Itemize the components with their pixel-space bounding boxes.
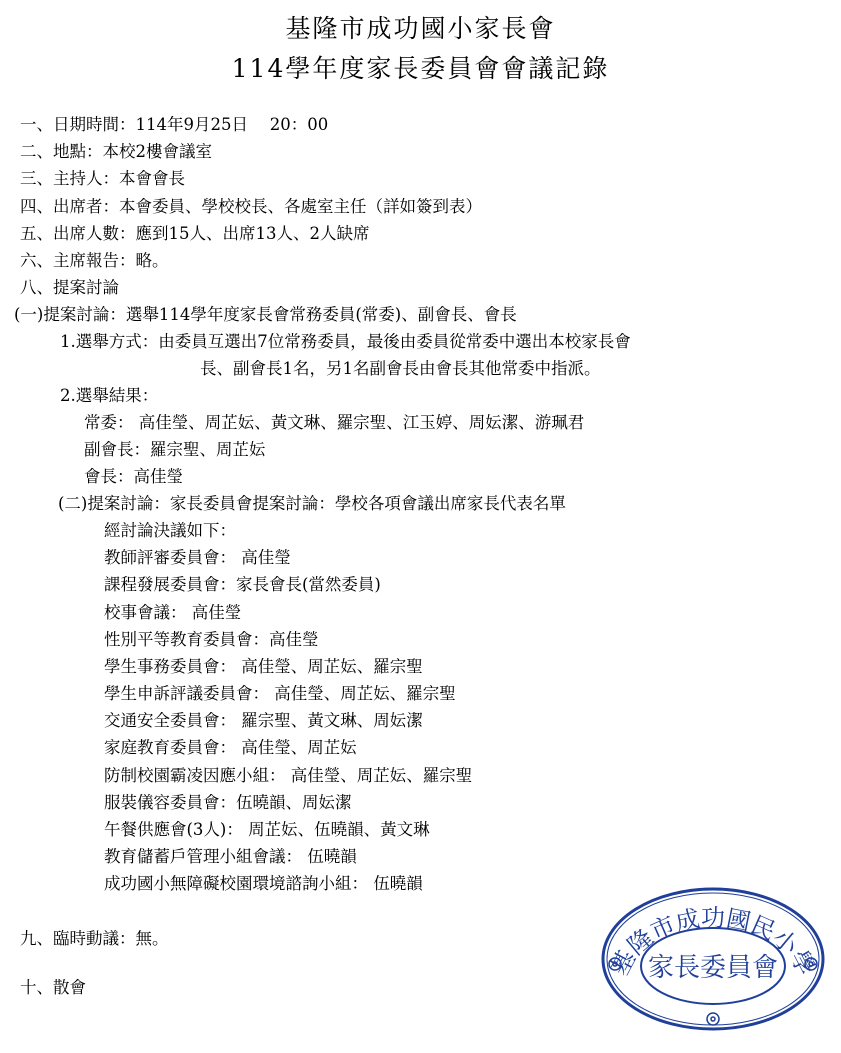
proposal2-heading: (二)提案討論：家長委員會提案討論：學校各項會議出席家長代表名單: [58, 494, 566, 514]
committee-item: 課程發展委員會：家長會長(當然委員): [104, 575, 381, 595]
item-location: 二、地點：本校2樓會議室: [20, 142, 212, 162]
page-title-line2: 114學年度家長委員會會議記錄: [0, 54, 841, 84]
item-chair-report: 六、主席報告：略。: [20, 251, 169, 271]
association-seal: 基隆市成功國民小學 家長委員會: [598, 884, 828, 1034]
item-extempore-motions: 九、臨時動議：無。: [20, 929, 169, 949]
item-host: 三、主持人：本會會長: [20, 169, 185, 189]
committee-item: 學生申訴評議委員會： 高佳瑩、周芷妘、羅宗聖: [104, 684, 456, 704]
committee-item: 教育儲蓄戶管理小組會議： 伍曉韻: [104, 847, 357, 867]
proposal1-results-heading: 2.選舉結果：: [60, 386, 158, 406]
proposal1-heading: (一)提案討論：選舉114學年度家長會常務委員(常委)、副會長、會長: [14, 305, 517, 325]
committee-item: 防制校園霸凌因應小組： 高佳瑩、周芷妘、羅宗聖: [104, 766, 472, 786]
committee-item: 性別平等教育委員會：高佳瑩: [104, 630, 319, 650]
proposal1-vice-presidents: 副會長：羅宗聖、周芷妘: [84, 440, 266, 460]
committee-item: 學生事務委員會： 高佳瑩、周芷妘、羅宗聖: [104, 657, 423, 677]
committee-item: 校事會議： 高佳瑩: [104, 603, 241, 623]
proposal1-president: 會長：高佳瑩: [84, 467, 183, 487]
item-proposals: 八、提案討論: [20, 278, 119, 298]
item-adjournment: 十、散會: [20, 978, 86, 998]
proposal2-resolution-intro: 經討論決議如下：: [104, 521, 236, 541]
committee-item: 成功國小無障礙校園環境諮詢小組： 伍曉韻: [104, 874, 423, 894]
committee-item: 服裝儀容委員會：伍曉韻、周妘潔: [104, 793, 352, 813]
proposal1-standing-members: 常委： 高佳瑩、周芷妘、黃文琳、羅宗聖、江玉婷、周妘潔、游珮君: [84, 413, 584, 433]
proposal1-method-line2: 長、副會長1名，另1名副會長由會長其他常委中指派。: [200, 359, 601, 379]
proposal1-method-line1: 1.選舉方式：由委員互選出7位常務委員，最後由委員從常委中選出本校家長會: [60, 332, 631, 352]
committee-item: 家庭教育委員會： 高佳瑩、周芷妘: [104, 738, 357, 758]
item-date-time: 一、日期時間：114年9月25日 20：00: [20, 115, 328, 135]
committee-item: 教師評審委員會： 高佳瑩: [104, 548, 291, 568]
item-attendance-count: 五、出席人數：應到15人、出席13人、2人缺席: [20, 224, 370, 244]
page-title-line1: 基隆市成功國小家長會: [0, 14, 841, 44]
seal-inner-text: 家長委員會: [648, 953, 778, 983]
committee-item: 午餐供應會(3人)： 周芷妘、伍曉韻、黃文琳: [104, 820, 430, 840]
committee-item: 交通安全委員會： 羅宗聖、黃文琳、周妘潔: [104, 711, 423, 731]
item-attendees: 四、出席者：本會委員、學校校長、各處室主任（詳如簽到表）: [20, 197, 482, 217]
